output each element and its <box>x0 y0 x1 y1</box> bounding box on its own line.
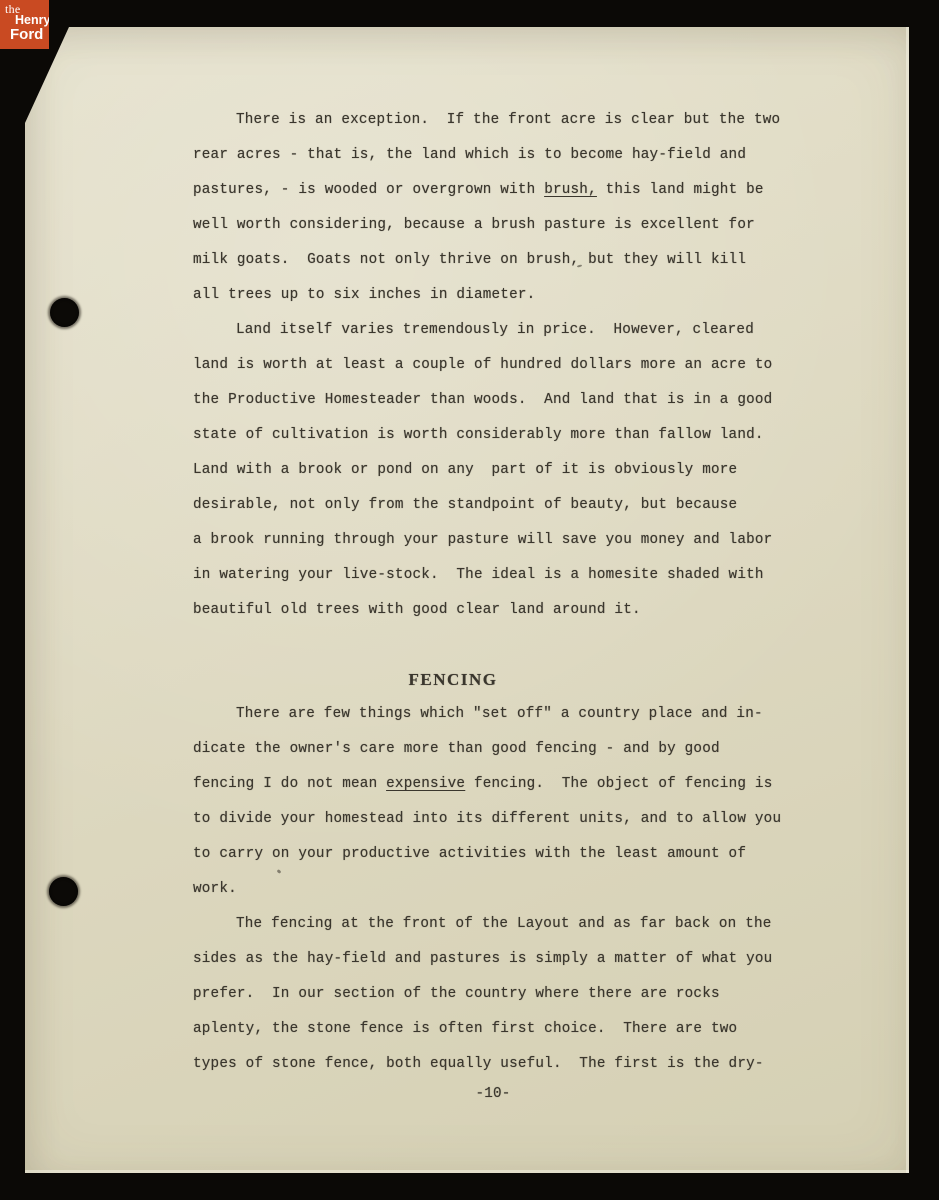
text-segment: land is worth at least a couple of hundr… <box>193 357 772 373</box>
section-heading: FENCING <box>153 662 753 697</box>
text-segment: a brook running through your pasture wil… <box>193 532 772 548</box>
text-segment: all trees up to six inches in diameter. <box>193 287 535 303</box>
text-segment: the Productive Homesteader than woods. A… <box>193 392 772 408</box>
text-segment: milk goats. Goats not only thrive on bru… <box>193 252 746 268</box>
text-segment: fencing I do not mean <box>193 776 386 792</box>
text-segment: The fencing at the front of the Layout a… <box>236 916 772 932</box>
text-line: desirable, not only from the standpoint … <box>193 488 793 523</box>
logo-word-henry: Henry <box>15 13 49 27</box>
text-line: rear acres - that is, the land which is … <box>193 138 793 173</box>
text-line: dicate the owner's care more than good f… <box>193 732 793 767</box>
text-segment: aplenty, the stone fence is often first … <box>193 1021 737 1037</box>
text-segment: dicate the owner's care more than good f… <box>193 741 720 757</box>
text-segment: in watering your live-stock. The ideal i… <box>193 567 764 583</box>
text-segment: There are few things which "set off" a c… <box>236 706 763 722</box>
text-segment: rear acres - that is, the land which is … <box>193 147 746 163</box>
text-line: to divide your homestead into its differ… <box>193 802 793 837</box>
text-line: Land itself varies tremendously in price… <box>193 313 793 348</box>
text-line: well worth considering, because a brush … <box>193 208 793 243</box>
text-line: work. <box>193 872 793 907</box>
text-segment: pastures, - is wooded or overgrown with <box>193 182 544 198</box>
page-number: -10- <box>193 1077 793 1112</box>
text-line: Land with a brook or pond on any part of… <box>193 453 793 488</box>
text-segment: to carry on your productive activities w… <box>193 846 746 862</box>
text-line: There is an exception. If the front acre… <box>193 103 793 138</box>
text-segment: prefer. In our section of the country wh… <box>193 986 720 1002</box>
text-segment: There is an exception. If the front acre… <box>236 112 780 128</box>
text-line: fencing I do not mean expensive fencing.… <box>193 767 793 802</box>
text-segment: types of stone fence, both equally usefu… <box>193 1056 764 1072</box>
text-line: land is worth at least a couple of hundr… <box>193 348 793 383</box>
logo-word-ford: Ford <box>10 26 43 43</box>
scan-background: There is an exception. If the front acre… <box>0 0 939 1200</box>
text-line: sides as the hay-field and pastures is s… <box>193 942 793 977</box>
underlined-text: expensive <box>386 776 465 792</box>
text-line: There are few things which "set off" a c… <box>193 697 793 732</box>
text-line: The fencing at the front of the Layout a… <box>193 907 793 942</box>
text-line: in watering your live-stock. The ideal i… <box>193 558 793 593</box>
text-line: a brook running through your pasture wil… <box>193 523 793 558</box>
henry-ford-logo: the Henry Ford <box>0 0 49 49</box>
text-segment: Land with a brook or pond on any part of… <box>193 462 737 478</box>
text-line: pastures, - is wooded or overgrown with … <box>193 173 793 208</box>
text-line: to carry on your productive activities w… <box>193 837 793 872</box>
text-segment: work. <box>193 881 237 897</box>
document-text: There is an exception. If the front acre… <box>193 103 793 1112</box>
text-segment: desirable, not only from the standpoint … <box>193 497 737 513</box>
text-line: prefer. In our section of the country wh… <box>193 977 793 1012</box>
text-segment: Land itself varies tremendously in price… <box>236 322 754 338</box>
text-line: beautiful old trees with good clear land… <box>193 593 793 628</box>
text-segment: to divide your homestead into its differ… <box>193 811 781 827</box>
text-line: milk goats. Goats not only thrive on bru… <box>193 243 793 278</box>
text-line: the Productive Homesteader than woods. A… <box>193 383 793 418</box>
text-segment: beautiful old trees with good clear land… <box>193 602 641 618</box>
text-segment: fencing. The object of fencing is <box>465 776 772 792</box>
scanned-page: There is an exception. If the front acre… <box>25 27 909 1173</box>
text-line: state of cultivation is worth considerab… <box>193 418 793 453</box>
punch-hole-bottom <box>49 877 78 906</box>
underlined-text: brush, <box>544 182 597 198</box>
punch-hole-top <box>50 298 79 327</box>
text-segment: state of cultivation is worth considerab… <box>193 427 764 443</box>
text-segment: this land might be <box>597 182 764 198</box>
text-segment: FENCING <box>409 670 498 689</box>
text-segment: sides as the hay-field and pastures is s… <box>193 951 772 967</box>
text-segment: well worth considering, because a brush … <box>193 217 755 233</box>
text-line: aplenty, the stone fence is often first … <box>193 1012 793 1047</box>
text-line: all trees up to six inches in diameter. <box>193 278 793 313</box>
text-segment: -10- <box>475 1086 510 1102</box>
